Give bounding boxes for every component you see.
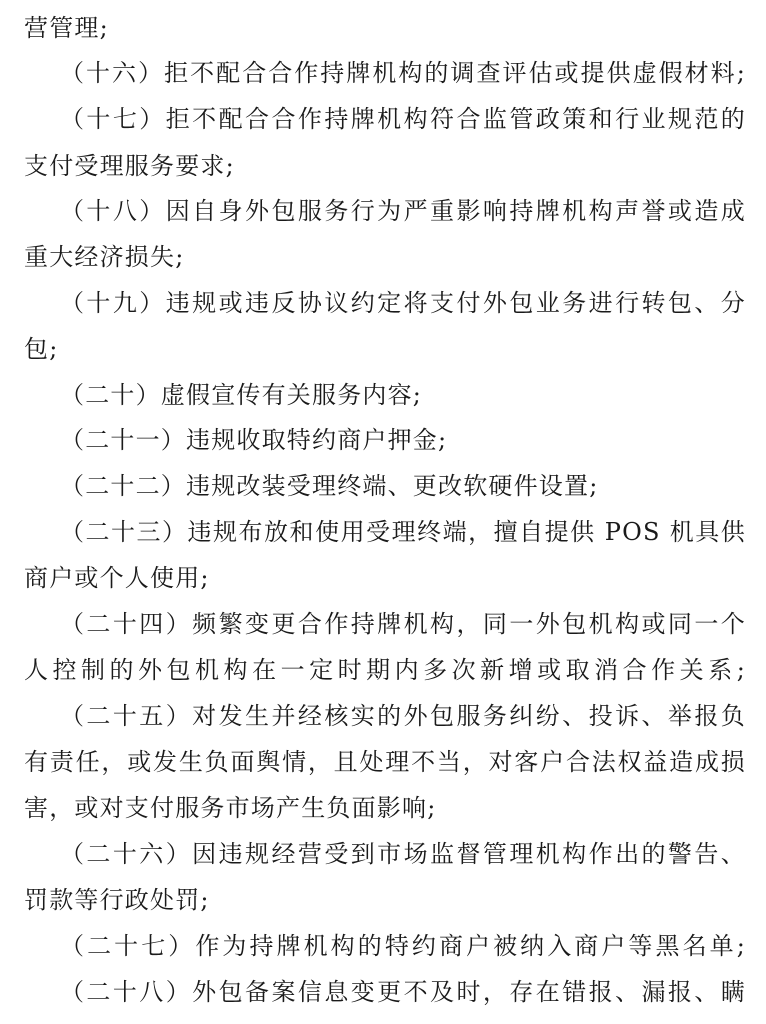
text-line-02: （十六）拒不配合合作持牌机构的调查评估或提供虚假材料; bbox=[60, 53, 746, 93]
text-line-18: 害，或对支付服务市场产生负面影响; bbox=[24, 788, 746, 828]
text-line-03: （十七）拒不配合合作持牌机构符合监管政策和行业规范的 bbox=[60, 99, 746, 139]
document-page: 营管理; （十六）拒不配合合作持牌机构的调查评估或提供虚假材料; （十七）拒不配… bbox=[0, 0, 766, 1024]
text-line-17: 有责任，或发生负面舆情，且处理不当，对客户合法权益造成损 bbox=[24, 742, 746, 782]
text-line-09: （二十）虚假宣传有关服务内容; bbox=[60, 375, 746, 415]
text-line-14: （二十四）频繁变更合作持牌机构，同一外包机构或同一个 bbox=[60, 604, 746, 644]
text-line-16: （二十五）对发生并经核实的外包服务纠纷、投诉、举报负 bbox=[60, 696, 746, 736]
text-line-04: 支付受理服务要求; bbox=[24, 146, 746, 186]
text-line-07: （十九）违规或违反协议约定将支付外包业务进行转包、分 bbox=[60, 283, 746, 323]
text-line-20: 罚款等行政处罚; bbox=[24, 880, 746, 920]
text-line-12: （二十三）违规布放和使用受理终端，擅自提供 POS 机具供 bbox=[60, 512, 746, 552]
text-line-01: 营管理; bbox=[24, 8, 746, 48]
text-line-19: （二十六）因违规经营受到市场监督管理机构作出的警告、 bbox=[60, 834, 746, 874]
text-line-15: 人控制的外包机构在一定时期内多次新增或取消合作关系; bbox=[24, 650, 746, 690]
text-line-10: （二十一）违规收取特约商户押金; bbox=[60, 420, 746, 460]
text-line-22: （二十八）外包备案信息变更不及时，存在错报、漏报、瞒 bbox=[60, 972, 746, 1012]
text-line-08: 包; bbox=[24, 329, 746, 369]
text-line-06: 重大经济损失; bbox=[24, 237, 746, 277]
text-line-13: 商户或个人使用; bbox=[24, 558, 746, 598]
text-line-11: （二十二）违规改装受理终端、更改软硬件设置; bbox=[60, 466, 746, 506]
text-line-21: （二十七）作为持牌机构的特约商户被纳入商户等黑名单; bbox=[60, 926, 746, 966]
text-line-05: （十八）因自身外包服务行为严重影响持牌机构声誉或造成 bbox=[60, 191, 746, 231]
